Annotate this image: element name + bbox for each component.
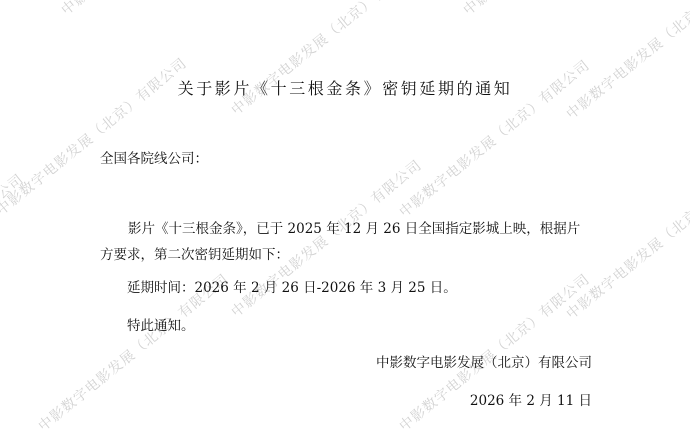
issue-date: 2026 年 2 月 11 日 — [470, 389, 592, 409]
closing-remark: 特此通知。 — [127, 313, 627, 339]
issuer-name: 中影数字电影发展（北京）有限公司 — [376, 351, 592, 371]
extension-period: 延期时间：2026 年 2 月 26 日-2026 年 3 月 25 日。 — [127, 275, 627, 301]
salutation: 全国各院线公司： — [100, 147, 208, 167]
body-paragraph: 影片《十三根金条》，已于 2025 年 12 月 26 日全国指定影城上映，根据… — [100, 216, 600, 268]
paragraph-text: 影片《十三根金条》，已于 2025 年 12 月 26 日全国指定影城上映，根据… — [128, 221, 580, 237]
paragraph-line: 影片《十三根金条》，已于 2025 年 12 月 26 日全国指定影城上映，根据… — [100, 216, 600, 242]
document-title: 关于影片《十三根金条》密钥延期的通知 — [0, 76, 690, 99]
paragraph-line: 方要求，第二次密钥延期如下： — [100, 242, 600, 268]
notice-document: 关于影片《十三根金条》密钥延期的通知 全国各院线公司： 影片《十三根金条》，已于… — [0, 0, 690, 434]
